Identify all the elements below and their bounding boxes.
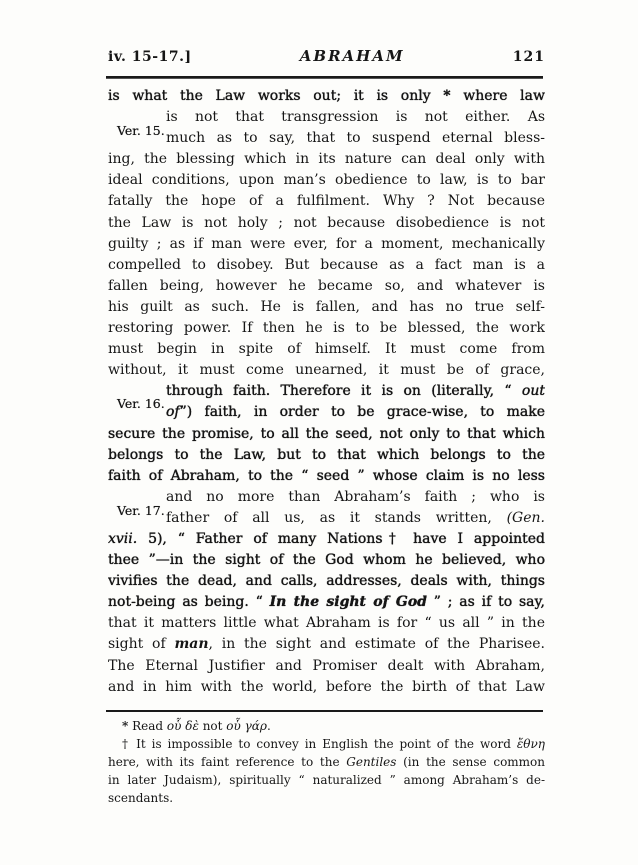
text-line: of”) faith, in order to be grace-wise, t… xyxy=(108,402,545,423)
text-line: is not that transgression is not either.… xyxy=(108,107,545,128)
text-line: restoring power. If then he is to be ble… xyxy=(108,318,545,339)
text-line: much as to say, that to suspend eternal … xyxy=(108,128,545,149)
text-line: scendants. xyxy=(108,789,545,807)
header-page-number: 121 xyxy=(513,48,545,66)
text-line: * Read οὗ δὲ not οὗ γάρ. xyxy=(108,717,545,735)
text-line: compelled to disobey. But because as a f… xyxy=(108,255,545,276)
header-rule xyxy=(106,76,543,79)
margin-note-ver-17: Ver. 17. xyxy=(117,504,165,518)
text-line: belongs to the Law, but to that which be… xyxy=(108,445,545,466)
text-line: xvii. 5), “ Father of many Nations† have… xyxy=(108,529,545,550)
text-line: and in him with the world, before the bi… xyxy=(108,677,545,698)
footnotes: * Read οὗ δὲ not οὗ γάρ.† It is impossib… xyxy=(108,717,545,807)
text-line: his guilt as such. He is fallen, and has… xyxy=(108,297,545,318)
header-verse-ref: iv. 15-17.] xyxy=(108,48,192,66)
text-line: thee ”—in the sight of the God whom he b… xyxy=(108,550,545,571)
text-line: fallen being, however he became so, and … xyxy=(108,276,545,297)
text-line: ing, the blessing which in its nature ca… xyxy=(108,149,545,170)
margin-note-ver-15: Ver. 15. xyxy=(117,124,165,138)
text-line: must begin in spite of himself. It must … xyxy=(108,339,545,360)
text-line: The Eternal Justifier and Promiser dealt… xyxy=(108,656,545,677)
text-line: fatally the hope of a fulfilment. Why ? … xyxy=(108,191,545,212)
text-line: father of all us, as it stands written, … xyxy=(108,508,545,529)
text-line: that it matters little what Abraham is f… xyxy=(108,613,545,634)
text-line: in later Judaism), spiritually “ natural… xyxy=(108,771,545,789)
footnote-rule xyxy=(106,710,543,712)
text-line: without, it must come unearned, it must … xyxy=(108,360,545,381)
text-line: and no more than Abraham’s faith ; who i… xyxy=(108,487,545,508)
header-running-title: ABRAHAM xyxy=(192,47,513,65)
body-text: Ver. 15. Ver. 16. Ver. 17. is what the L… xyxy=(108,86,545,698)
text-line: not-being as being. “ In the sight of Go… xyxy=(108,592,545,613)
text-line: sight of man, in the sight and estimate … xyxy=(108,634,545,655)
text-line: † It is impossible to convey in English … xyxy=(108,735,545,753)
text-line: is what the Law works out; it is only * … xyxy=(108,86,545,107)
text-line: secure the promise, to all the seed, not… xyxy=(108,424,545,445)
text-line: faith of Abraham, to the “ seed ” whose … xyxy=(108,466,545,487)
text-line: through faith. Therefore it is on (liter… xyxy=(108,381,545,402)
text-line: ideal conditions, upon man’s obedience t… xyxy=(108,170,545,191)
book-page: iv. 15-17.] ABRAHAM 121 Ver. 15. Ver. 16… xyxy=(0,0,638,865)
page-header: iv. 15-17.] ABRAHAM 121 xyxy=(108,47,545,66)
text-line: guilty ; as if man were ever, for a mome… xyxy=(108,234,545,255)
margin-note-ver-16: Ver. 16. xyxy=(117,397,165,411)
text-line: here, with its faint reference to the Ge… xyxy=(108,753,545,771)
text-line: the Law is not holy ; not because disobe… xyxy=(108,213,545,234)
text-line: vivifies the dead, and calls, addresses,… xyxy=(108,571,545,592)
